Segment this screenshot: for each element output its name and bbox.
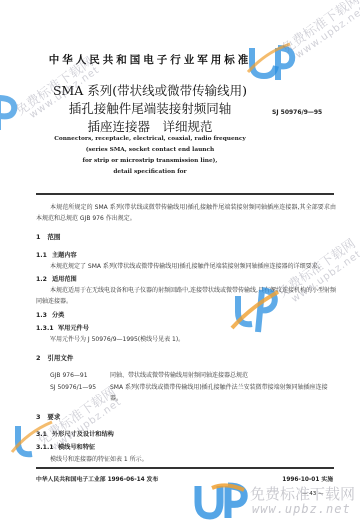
subsection-text: 本规范规定了 SMA 系列(带状线或微带传输线用)插孔接触件尾端装接射频同轴插座… [36, 261, 336, 272]
subsection-number: 1.3.1 [36, 323, 58, 334]
english-title-line: Connectors, receptacle, electrical, coax… [40, 134, 260, 145]
subsection-heading-1-3: 1.3分类 [36, 310, 336, 321]
header-divider [36, 193, 334, 195]
reference-text: 同轴、带状线或微带传输线用射频同轴连接器总规范 [110, 370, 336, 381]
section-number: 1 [36, 233, 41, 241]
section-number: 2 [36, 354, 41, 362]
effective-date: 1996-10-01 实施 [282, 474, 333, 483]
subsection-title: 分类 [52, 312, 64, 319]
section-heading-1: 1 范围 [36, 232, 336, 243]
subsection-heading-3-1-1: 3.1.1模线号和特征 [36, 442, 336, 453]
subsection-number: 1.3 [36, 310, 52, 321]
section-title: 范围 [47, 233, 60, 241]
issuer-info: 中华人民共和国电子工业部 1996-06-14 发布 [36, 474, 158, 483]
footer-divider [36, 467, 334, 469]
section-heading-2: 2 引用文件 [36, 353, 336, 364]
subsection-number: 1.1 [36, 250, 52, 261]
upbz-logo-icon [192, 480, 248, 520]
english-title-line: (series SMA, socket contact end launch [40, 145, 260, 156]
standard-category-header: 中华人民共和国电子行业军用标准 [0, 52, 300, 67]
english-title: Connectors, receptacle, electrical, coax… [40, 134, 260, 178]
subsection-text: 军用元件号为 J 50976/9—1995(模线号见表 1)。 [36, 334, 336, 345]
watermark-site-name: 免费标准下载网 [277, 0, 360, 57]
reference-item: GJB 976—91 同轴、带状线或微带传输线用射频同轴连接器总规范 [50, 370, 336, 381]
subsection-heading-1-3-1: 1.3.1军用元件号 [36, 323, 336, 334]
subsection-title: 主题内容 [52, 252, 77, 259]
subsection-heading-1-1: 1.1主题内容 [36, 250, 336, 261]
subsection-number: 1.2 [36, 274, 52, 285]
document-page: 中华人民共和国电子行业军用标准 SMA 系列(带状线或微带传输线用) 插孔接触件… [0, 0, 360, 522]
watermark-site-name-large: 免费标准下载网 [250, 483, 355, 504]
english-title-line: detail specification for [40, 167, 260, 178]
section-title: 引用文件 [47, 354, 73, 362]
subsection-title: 军用元件号 [58, 325, 89, 332]
section-number: 3 [36, 413, 41, 421]
reference-code: GJB 976—91 [50, 370, 110, 381]
watermark-site-url-large: www.upbz.net [252, 502, 351, 516]
subsection-title: 适用范围 [52, 276, 77, 283]
standard-code: SJ 50976/9—95 [272, 109, 322, 116]
reference-text: SMA 系列(带状线或微带传输线用)插孔接触件法兰安装微带接端射频同轴插座连接器… [110, 382, 336, 404]
english-title-line: for strip or microstrip transmission lin… [40, 156, 260, 167]
subsection-text: 模线号和连接器的特征如表 1 所示。 [36, 454, 336, 465]
intro-paragraph: 本规范所规定的 SMA 系列(带状线或微带传输线用)插孔接触件尾端装接射频同轴插… [36, 202, 336, 224]
